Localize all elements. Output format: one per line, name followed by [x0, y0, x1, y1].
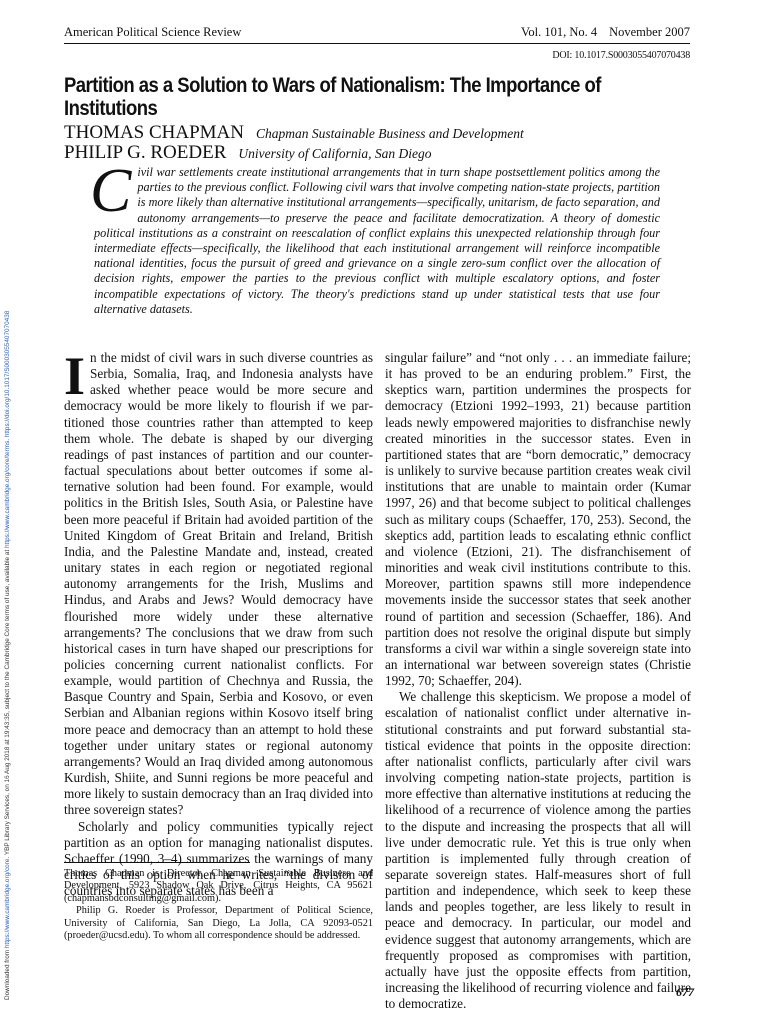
abstract-dropcap: C — [90, 167, 131, 215]
abstract-text: ivil war settlements create institutiona… — [94, 165, 660, 316]
body-paragraph: In the midst of civil wars in such diver… — [64, 350, 373, 819]
footnote: Thomas Chapman is Director, Chapman Sust… — [64, 868, 373, 905]
download-notice-sep: . — [4, 437, 11, 441]
issue-info: Vol. 101, No. 4November 2007 — [511, 25, 690, 40]
download-notice-prefix: Downloaded from — [4, 948, 11, 1000]
author-name: PHILIP G. ROEDER — [64, 142, 226, 164]
body-paragraph: singular failure” and “not only . . . an… — [385, 350, 691, 689]
journal-name: American Political Science Review — [64, 25, 241, 40]
terms-link[interactable]: https://www.cambridge.org/core/terms — [4, 441, 11, 548]
volume-issue: Vol. 101, No. 4 — [521, 25, 597, 39]
author-list: THOMAS CHAPMAN Chapman Sustainable Busin… — [64, 122, 524, 162]
footnote: Philip G. Roeder is Professor, Departmen… — [64, 905, 373, 942]
body-paragraph-text: n the midst of civil wars in such divers… — [64, 350, 373, 817]
article-doi: DOI: 10.1017.S0003055407070438 — [552, 50, 690, 61]
issue-date: November 2007 — [609, 25, 690, 39]
running-head: American Political Science Review Vol. 1… — [64, 25, 690, 44]
body-column-left: In the midst of civil wars in such diver… — [64, 350, 373, 899]
abstract: Civil war settlements create institution… — [94, 165, 660, 317]
doi-link[interactable]: https://doi.org/10.1017/S000305540707043… — [4, 311, 11, 438]
author-affiliation: University of California, San Diego — [238, 146, 431, 162]
cambridge-core-link[interactable]: https://www.cambridge.org/core — [4, 859, 11, 949]
article-title: Partition as a Solution to Wars of Natio… — [64, 74, 680, 120]
author-affiliation: Chapman Sustainable Business and Develop… — [256, 126, 524, 142]
author-name: THOMAS CHAPMAN — [64, 122, 244, 144]
body-paragraph: We challenge this skepticism. We propose… — [385, 689, 691, 1012]
body-dropcap: I — [64, 352, 85, 398]
author-footnotes: Thomas Chapman is Director, Chapman Sust… — [64, 868, 373, 942]
body-column-right: singular failure” and “not only . . . an… — [385, 350, 691, 1012]
footnote-divider — [64, 862, 250, 863]
page-number: 677 — [676, 985, 694, 1000]
download-notice-middle: . YBP Library Services, on 16 Aug 2018 a… — [4, 548, 11, 859]
download-notice: Downloaded from https://www.cambridge.or… — [4, 100, 11, 1000]
author-entry: PHILIP G. ROEDER University of Californi… — [64, 142, 524, 162]
author-entry: THOMAS CHAPMAN Chapman Sustainable Busin… — [64, 122, 524, 142]
